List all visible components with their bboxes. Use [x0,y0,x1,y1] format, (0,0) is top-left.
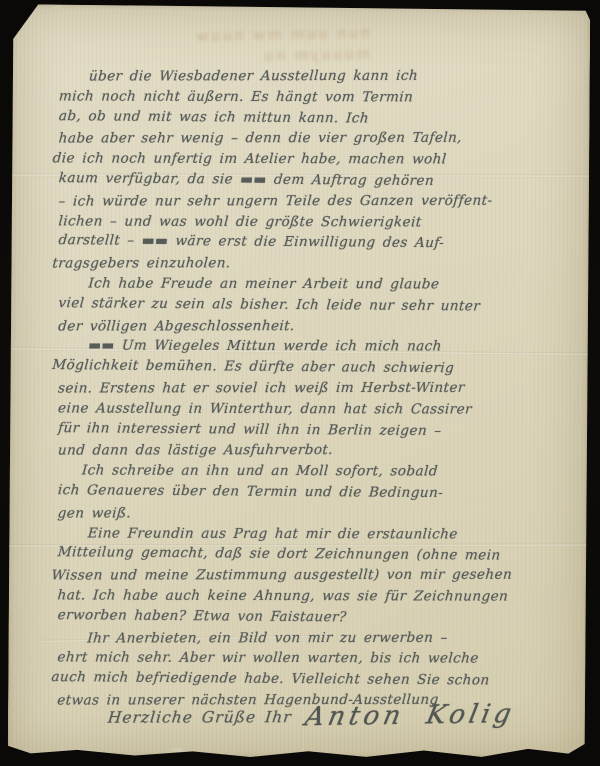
handwritten-line: Wissen und meine Zustimmung ausgestellt)… [51,567,563,589]
handwritten-line: gen weiß. [57,504,563,526]
handwritten-line: auch mich befriedigende habe. Vielleicht… [50,669,561,694]
handwritten-line: die ich noch unfertig im Atelier habe, m… [52,151,564,173]
handwritten-line: eine Ausstellung in Winterthur, dann hat… [57,400,563,422]
handwritten-line: kaum verfügbar, da sie ▬▬ dem Auftrag ge… [58,170,563,195]
handwritten-line: über die Wiesbadener Ausstellung kann ic… [58,68,564,90]
handwritten-line: tragsgebers einzuholen. [51,255,563,277]
letter-paper: nun uum mw nuuw muuuym nu über die Wiesb… [8,4,591,760]
handwritten-line: der völligen Abgeschlossenheit. [57,317,563,339]
paper-tear-speck [171,747,183,752]
handwritten-line: für ihn interessiert und will ihn in Ber… [57,420,562,445]
handwritten-line: Mitteilung gemacht, daß sie dort Zeichnu… [57,544,562,569]
handwritten-line: erworben haben? Etwa von Faistauer? [57,607,562,632]
handwritten-line: – ich würde nur sehr ungern Teile des Ga… [58,192,564,214]
handwritten-line: Ihr Anerbieten, ein Bild von mir zu erwe… [57,629,563,651]
handwritten-line: ▬▬ Um Wiegeles Mittun werde ich mich nac… [57,338,563,360]
handwritten-line: Ich habe Freude an meiner Arbeit und gla… [57,275,563,297]
paper-tear-speck [48,4,62,12]
handwritten-line: sein. Erstens hat er soviel ich weiß im … [57,380,563,402]
signature-name: Anton Kolig [302,699,517,732]
closing-phrase: Herzliche Grüße Ihr [107,708,293,726]
handwritten-line: und dann das lästige Ausfuhrverbot. [57,442,563,464]
handwritten-line: ehrt mich sehr. Aber wir wollen warten, … [56,650,562,672]
ink-bleedthrough-marks: nun uum mw nuuw muuuym nu [70,23,371,71]
handwritten-line: mich noch nicht äußern. Es hängt vom Ter… [58,88,564,110]
photo-background: nun uum mw nuuw muuuym nu über die Wiesb… [0,0,600,766]
handwritten-text-block: über die Wiesbadener Ausstellung kann ic… [57,67,563,713]
handwritten-line: darstellt – ▬▬ wäre erst die Einwilligun… [58,232,563,257]
handwritten-line: Möglichkeit bemühen. Es dürfte aber auch… [51,357,562,382]
signature-row: Herzliche Grüße Ihr Anton Kolig [108,699,566,732]
handwritten-line: ich Genaueres über den Termin und die Be… [57,482,562,507]
bleedthrough-line: nun uum mw nuuw [70,23,370,50]
handwritten-line: hat. Ich habe auch keine Ahnung, was sie… [57,587,563,609]
handwritten-line: ab, ob und mit was ich mittun kann. Ich [58,108,563,133]
bleedthrough-line: muuuym nu [70,44,370,71]
handwritten-line: Ich schreibe an ihn und an Moll sofort, … [51,463,563,485]
handwritten-line: habe aber sehr wenig – denn die vier gro… [58,130,564,152]
handwritten-line: viel stärker zu sein als bisher. Ich lei… [57,295,562,320]
